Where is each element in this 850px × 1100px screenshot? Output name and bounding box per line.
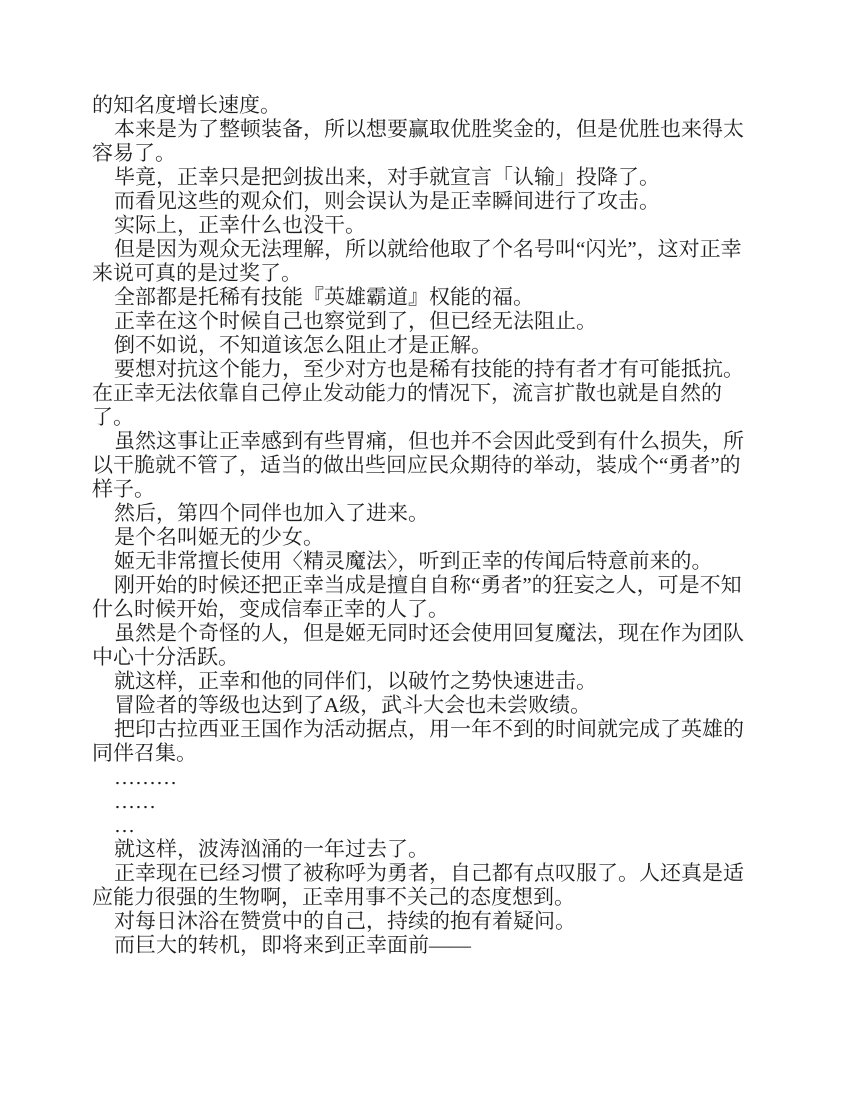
text-line: 实际上，正幸什么也没干。: [92, 213, 792, 237]
text-line: 虽然这事让正幸感到有些胃痛，但也并不会因此受到有什么损失，所: [92, 429, 792, 453]
text-line: 而看见这些的观众们，则会误认为是正幸瞬间进行了攻击。: [92, 189, 792, 213]
text-line: 以干脆就不管了，适当的做出些回应民众期待的举动，装成个“勇者”的: [92, 453, 792, 477]
text-line: 是个名叫姬无的少女。: [92, 525, 792, 549]
text-line: 刚开始的时候还把正幸当成是擅自自称“勇者”的狂妄之人，可是不知: [92, 573, 792, 597]
text-line: 了。: [92, 405, 792, 429]
text-line: ………: [92, 765, 792, 789]
text-line: 姬无非常擅长使用〈精灵魔法〉，听到正幸的传闻后特意前来的。: [92, 549, 792, 573]
text-line: 本来是为了整顿装备，所以想要赢取优胜奖金的，但是优胜也来得太: [92, 117, 792, 141]
text-line: 来说可真的是过奖了。: [92, 261, 792, 285]
text-line: 中心十分活跃。: [92, 645, 792, 669]
text-line: 然后，第四个同伴也加入了进来。: [92, 501, 792, 525]
text-line: 全部都是托稀有技能『英雄霸道』权能的福。: [92, 285, 792, 309]
document-page: 的知名度增长速度。本来是为了整顿装备，所以想要赢取优胜奖金的，但是优胜也来得太容…: [0, 0, 850, 1100]
text-line: 同伴召集。: [92, 741, 792, 765]
text-line: 容易了。: [92, 141, 792, 165]
text-line: 应能力很强的生物啊，正幸用事不关己的态度想到。: [92, 885, 792, 909]
text-line: 正幸现在已经习惯了被称呼为勇者，自己都有点叹服了。人还真是适: [92, 861, 792, 885]
text-line: ……: [92, 789, 792, 813]
text-line: 倒不如说，不知道该怎么阻止才是正解。: [92, 333, 792, 357]
text-line: 正幸在这个时候自己也察觉到了，但已经无法阻止。: [92, 309, 792, 333]
text-line: …: [92, 813, 792, 837]
text-line: 但是因为观众无法理解，所以就给他取了个名号叫“闪光”，这对正幸: [92, 237, 792, 261]
text-line: 毕竟，正幸只是把剑拔出来，对手就宣言「认输」投降了。: [92, 165, 792, 189]
text-line: 而巨大的转机，即将来到正幸面前——: [92, 933, 792, 957]
text-line: 就这样，波涛汹涌的一年过去了。: [92, 837, 792, 861]
text-line: 样子。: [92, 477, 792, 501]
text-line: 要想对抗这个能力，至少对方也是稀有技能的持有者才有可能抵抗。: [92, 357, 792, 381]
text-line: 对每日沐浴在赞赏中的自己，持续的抱有着疑问。: [92, 909, 792, 933]
text-line: 虽然是个奇怪的人，但是姬无同时还会使用回复魔法，现在作为团队: [92, 621, 792, 645]
text-line: 就这样，正幸和他的同伴们，以破竹之势快速进击。: [92, 669, 792, 693]
text-line: 的知名度增长速度。: [92, 93, 792, 117]
novel-text-block: 的知名度增长速度。本来是为了整顿装备，所以想要赢取优胜奖金的，但是优胜也来得太容…: [92, 93, 792, 957]
text-line: 冒险者的等级也达到了A级，武斗大会也未尝败绩。: [92, 693, 792, 717]
text-line: 什么时候开始，变成信奉正幸的人了。: [92, 597, 792, 621]
text-line: 把印古拉西亚王国作为活动据点，用一年不到的时间就完成了英雄的: [92, 717, 792, 741]
text-line: 在正幸无法依靠自己停止发动能力的情况下，流言扩散也就是自然的: [92, 381, 792, 405]
